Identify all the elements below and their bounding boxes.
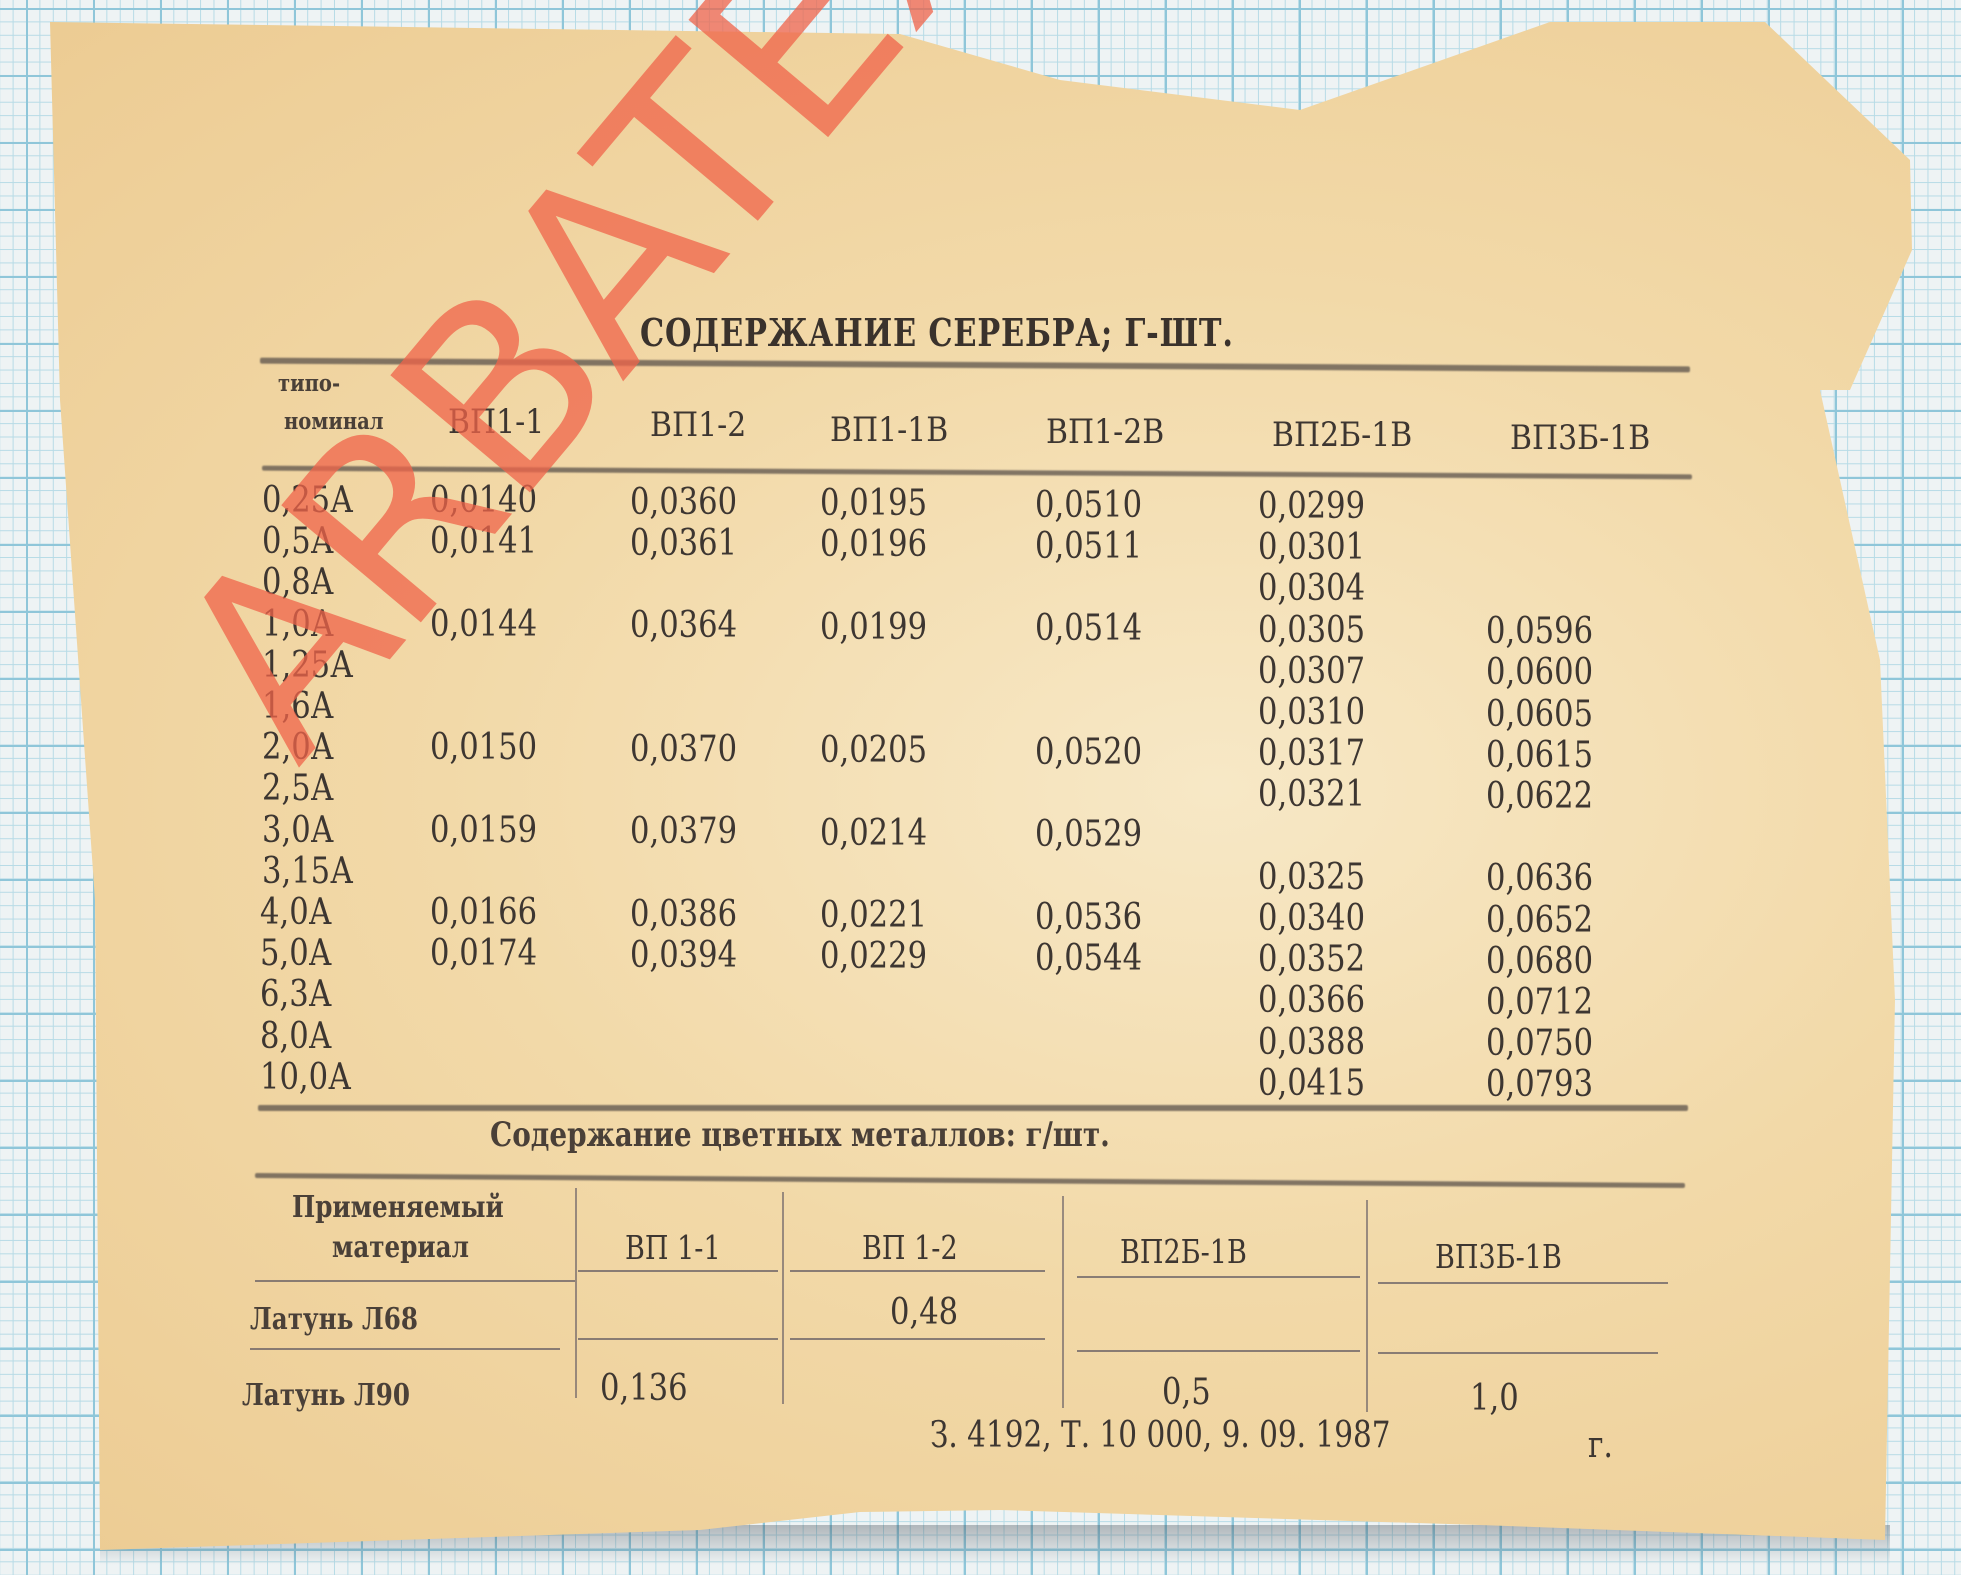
- corner-label-line1: типо-: [278, 370, 340, 397]
- column-divider: [782, 1192, 784, 1404]
- silver-cell: 0,0321: [1258, 774, 1365, 815]
- metals-corner-line1: Применяемый: [292, 1190, 504, 1225]
- silver-cell: 0,0166: [430, 892, 537, 933]
- silver-cell: 0,0536: [1035, 897, 1142, 938]
- silver-cell: 0,0510: [1035, 485, 1142, 526]
- metals-table-title: Содержание цветных металлов: г/шт.: [490, 1115, 1110, 1155]
- silver-cell: 0,0605: [1486, 694, 1593, 735]
- year-suffix: г.: [1588, 1425, 1613, 1466]
- silver-cell: 0,0214: [820, 813, 927, 854]
- column-divider: [1062, 1196, 1064, 1408]
- silver-cell: 0,0680: [1486, 941, 1593, 982]
- column-header: ВП1-2В: [1046, 412, 1164, 452]
- silver-cell: 0,0652: [1486, 900, 1593, 941]
- metals-corner-line2: материал: [332, 1230, 469, 1265]
- silver-cell: 0,0340: [1258, 898, 1365, 939]
- row-rating: 3,15А: [262, 851, 353, 892]
- row-rule: [790, 1338, 1045, 1340]
- row-rating: 1,0А: [262, 604, 334, 645]
- silver-cell: 0,0299: [1258, 486, 1365, 527]
- row-rating: 10,0А: [260, 1057, 351, 1098]
- row-rule: [1378, 1282, 1668, 1284]
- column-header: ВП1-2: [650, 405, 746, 445]
- silver-cell: 0,0750: [1486, 1023, 1593, 1064]
- row-rating: 2,5А: [262, 768, 334, 809]
- row-rule: [578, 1270, 778, 1272]
- material-label: Латунь Л90: [242, 1378, 410, 1413]
- corner-label-line2: номинал: [284, 408, 384, 435]
- silver-cell: 0,0305: [1258, 610, 1365, 651]
- silver-cell: 0,0520: [1035, 732, 1142, 773]
- silver-cell: 0,0199: [820, 607, 927, 648]
- silver-cell: 0,0514: [1035, 608, 1142, 649]
- metals-column-header: ВП 1-1: [625, 1228, 721, 1267]
- silver-cell: 0,0386: [630, 894, 737, 935]
- silver-cell: 0,0325: [1258, 857, 1365, 898]
- metals-cell: 0,136: [600, 1368, 688, 1409]
- row-rule: [790, 1270, 1045, 1272]
- material-label: Латунь Л68: [250, 1302, 418, 1337]
- silver-cell: 0,0144: [430, 604, 537, 645]
- row-rating: 2,0А: [262, 727, 334, 768]
- silver-cell: 0,0174: [430, 933, 537, 974]
- silver-cell: 0,0636: [1486, 858, 1593, 899]
- silver-cell: 0,0360: [630, 482, 737, 523]
- silver-cell: 0,0388: [1258, 1022, 1365, 1063]
- silver-cell: 0,0596: [1486, 611, 1593, 652]
- row-rule: [1077, 1350, 1360, 1352]
- silver-cell: 0,0301: [1258, 527, 1365, 568]
- silver-cell: 0,0159: [430, 810, 537, 851]
- silver-cell: 0,0221: [820, 895, 927, 936]
- silver-cell: 0,0317: [1258, 733, 1365, 774]
- metals-column-header: ВП2Б-1В: [1120, 1232, 1247, 1271]
- silver-cell: 0,0205: [820, 730, 927, 771]
- silver-table-title: СОДЕРЖАНИЕ СЕРЕБРА; Г-ШТ.: [640, 310, 1234, 355]
- silver-cell: 0,0361: [630, 523, 737, 564]
- column-header: ВП1-1: [448, 402, 544, 442]
- metals-column-header: ВП3Б-1В: [1435, 1237, 1562, 1276]
- silver-cell: 0,0364: [630, 605, 737, 646]
- silver-cell: 0,0366: [1258, 980, 1365, 1021]
- metals-cell: 0,48: [890, 1292, 958, 1333]
- row-rule: [255, 1280, 575, 1282]
- silver-cell: 0,0229: [820, 936, 927, 977]
- silver-cell: 0,0379: [630, 811, 737, 852]
- row-rating: 4,0А: [260, 892, 332, 933]
- row-rating: 0,8А: [262, 562, 334, 603]
- column-divider: [1366, 1200, 1368, 1412]
- row-rating: 3,0А: [262, 810, 334, 851]
- row-rule: [1378, 1352, 1658, 1354]
- row-rule: [578, 1338, 778, 1340]
- silver-cell: 0,0352: [1258, 939, 1365, 980]
- bottom-rule: [258, 1105, 1688, 1111]
- column-header: ВП2Б-1В: [1272, 415, 1412, 455]
- row-rating: 0,5А: [262, 521, 334, 562]
- silver-cell: 0,0140: [430, 480, 537, 521]
- silver-cell: 0,0310: [1258, 692, 1365, 733]
- metals-cell: 1,0: [1470, 1378, 1519, 1419]
- silver-cell: 0,0511: [1035, 526, 1142, 567]
- row-rule: [250, 1348, 560, 1350]
- silver-cell: 0,0196: [820, 524, 927, 565]
- silver-cell: 0,0600: [1486, 652, 1593, 693]
- print-info: З. 4192, Т. 10 000, 9. 09. 1987: [930, 1415, 1391, 1456]
- row-rating: 1,6А: [262, 686, 334, 727]
- row-rating: 8,0А: [260, 1016, 332, 1057]
- metals-column-header: ВП 1-2: [862, 1228, 958, 1267]
- silver-cell: 0,0529: [1035, 814, 1142, 855]
- row-rating: 6,3А: [260, 974, 332, 1015]
- row-rating: 5,0А: [260, 933, 332, 974]
- silver-cell: 0,0615: [1486, 735, 1593, 776]
- row-rule: [1077, 1276, 1360, 1278]
- silver-cell: 0,0307: [1258, 651, 1365, 692]
- silver-cell: 0,0415: [1258, 1063, 1365, 1104]
- row-rating: 1,25А: [262, 645, 353, 686]
- row-rating: 0,25А: [262, 480, 353, 521]
- silver-cell: 0,0544: [1035, 938, 1142, 979]
- silver-cell: 0,0304: [1258, 568, 1365, 609]
- silver-cell: 0,0394: [630, 935, 737, 976]
- column-divider: [575, 1188, 577, 1398]
- column-header: ВП3Б-1В: [1510, 418, 1650, 458]
- silver-cell: 0,0150: [430, 727, 537, 768]
- column-header: ВП1-1В: [830, 410, 948, 450]
- silver-cell: 0,0712: [1486, 982, 1593, 1023]
- silver-cell: 0,0622: [1486, 776, 1593, 817]
- silver-cell: 0,0141: [430, 521, 537, 562]
- silver-cell: 0,0195: [820, 483, 927, 524]
- silver-cell: 0,0793: [1486, 1064, 1593, 1105]
- silver-cell: 0,0370: [630, 729, 737, 770]
- metals-cell: 0,5: [1162, 1372, 1211, 1413]
